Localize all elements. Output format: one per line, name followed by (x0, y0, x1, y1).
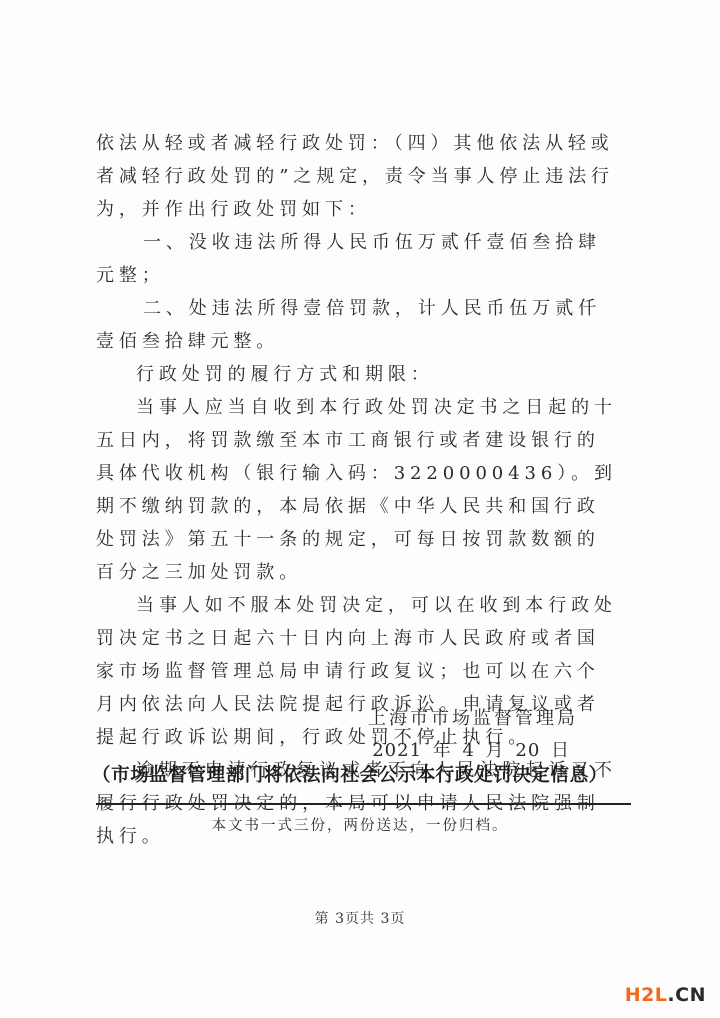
paragraph-penalty-item-2: 二、处违法所得壹倍罚款，计人民币伍万贰仟壹佰叁拾肆元整。 (96, 292, 622, 358)
page-number: 第 3页共 3页 (0, 908, 720, 930)
copies-note: 本文书一式三份，两份送达，一份归档。 (0, 814, 720, 838)
paragraph-penalty-item-1: 一、没收违法所得人民币伍万贰仟壹佰叁拾肆元整； (96, 226, 622, 292)
watermark-part-cn: .CN (667, 984, 706, 1006)
public-disclosure-notice: （市场监督管理部门将依法向社会公示本行政处罚决定信息） (92, 762, 608, 790)
watermark-part-h2l: H2L (625, 984, 668, 1006)
paragraph-payment-terms: 当事人应当自收到本行政处罚决定书之日起的十五日内，将罚款缴至本市工商银行或者建设… (96, 391, 622, 589)
paragraph-legal-basis: 依法从轻或者减轻行政处罚：（四）其他依法从轻或者减轻行政处罚的”之规定，责令当事… (96, 127, 622, 226)
issuing-authority: 上海市市场监督管理局 (368, 702, 578, 735)
horizontal-divider (96, 803, 631, 805)
paragraph-performance-heading: 行政处罚的履行方式和期限： (96, 358, 622, 391)
document-page: 依法从轻或者减轻行政处罚：（四）其他依法从轻或者减轻行政处罚的”之规定，责令当事… (0, 0, 720, 1018)
site-watermark-logo: H2L.CN (625, 984, 706, 1006)
